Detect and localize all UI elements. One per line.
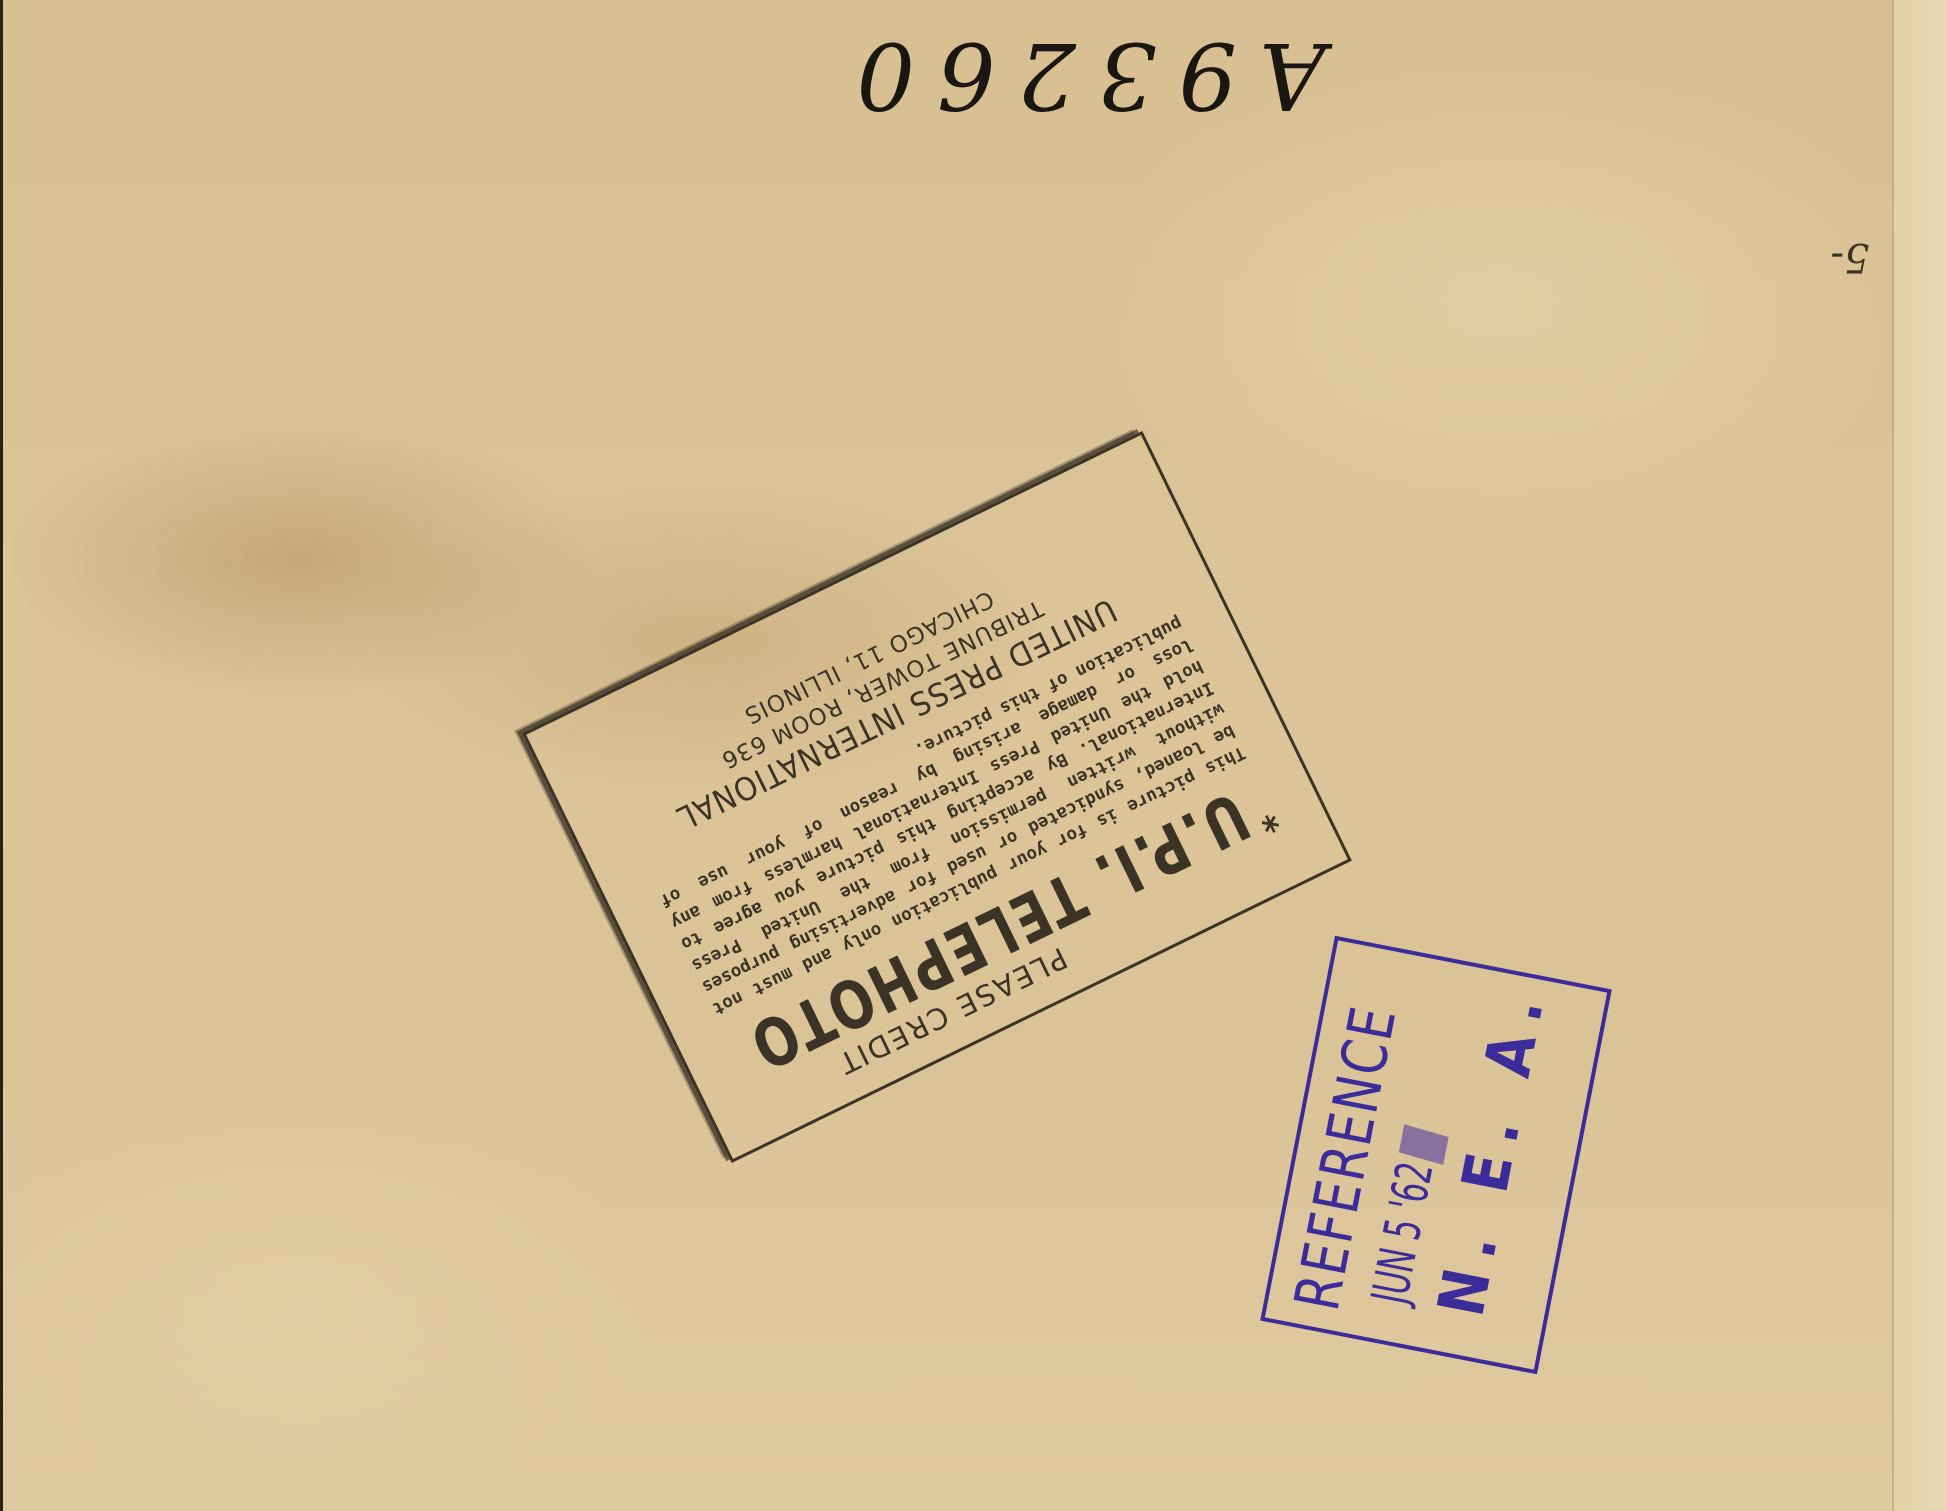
handwritten-margin-mark: 5- [1795,232,1905,282]
ink-smudge [1398,1124,1448,1165]
handwritten-catalog-number: A93260 [790,20,1370,130]
left-border-edge [0,0,3,1511]
torn-right-edge [1892,0,1946,1511]
